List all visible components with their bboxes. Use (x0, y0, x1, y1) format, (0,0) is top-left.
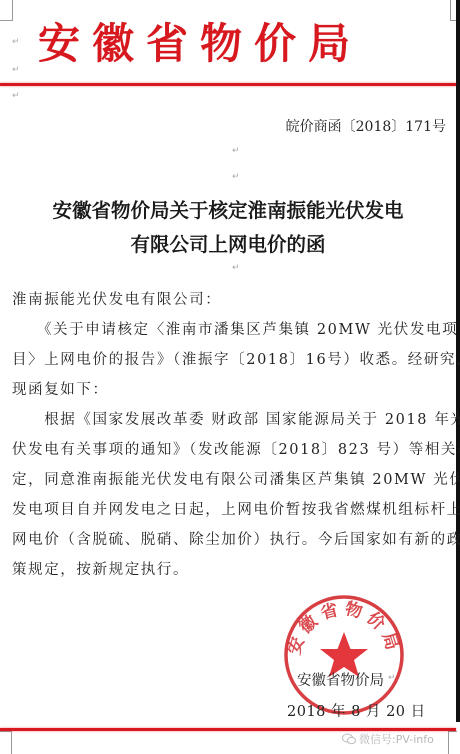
signing-date: 2018 年 8 月 20 日 (287, 700, 426, 721)
document-title-line-2: 有限公司上网电价的函 (0, 229, 456, 257)
watermark-text: 微信号:PV-info (359, 731, 434, 747)
body-line: 策规定，按新规定执行。 (12, 558, 456, 579)
wechat-icon (342, 733, 356, 745)
masthead-red-rule (0, 83, 456, 86)
body-line: 定，同意淮南振能光伏发电有限公司潘集区芦集镇 20MW 光伏 (12, 468, 456, 489)
paragraph-mark: ↵ (12, 92, 20, 101)
body-line: 网电价（含脱硫、脱硝、除尘加价）执行。今后国家如有新的政 (12, 528, 456, 549)
body-line: 目〉上网电价的报告》（淮振字〔2018〕16号）收悉。经研究， (12, 348, 456, 369)
seal-icon: 安徽省物价局 (283, 594, 405, 716)
official-seal: 安徽省物价局 (283, 594, 405, 716)
body-line: 发电项目自并网发电之日起，上网电价暂按我省燃煤机组标杆上 (12, 498, 456, 519)
signature: 安徽省物价局 (297, 669, 384, 690)
addressee: 淮南振能光伏发电有限公司： (12, 288, 456, 309)
page-corner-mark-top-left (0, 0, 13, 21)
paragraph-mark: ↵ (388, 674, 396, 683)
page-corner-mark-bottom-right (448, 731, 457, 754)
document-title-line-1: 安徽省物价局关于核定淮南振能光伏发电 (0, 195, 456, 223)
document-number: 皖价商函〔2018〕171号 (286, 116, 446, 136)
body-line: 现函复如下： (12, 378, 456, 399)
wechat-watermark: 微信号:PV-info (342, 731, 434, 747)
paragraph-mark: ↵ (12, 38, 20, 47)
body-line: 《关于申请核定〈淮南市潘集区芦集镇 20MW 光伏发电项 (12, 318, 456, 339)
paragraph-mark: ↵ (12, 66, 20, 75)
body-line: 伏发电有关事项的通知》（发改能源〔2018〕823 号）等相关规 (12, 438, 456, 459)
body-line: 根据《国家发展改革委 财政部 国家能源局关于 2018 年光 (12, 408, 456, 429)
paragraph-mark: ↵ (232, 173, 240, 182)
masthead-title: 安徽省物价局 (38, 20, 428, 68)
paragraph-mark: ↵ (232, 264, 240, 273)
page-corner-mark-bottom-left (0, 731, 12, 754)
document-page: ↵ ↵ ↵ ↵ ↵ ↵ 安徽省物价局 皖价商函〔2018〕171号 安徽省物价局… (0, 0, 460, 754)
paragraph-mark: ↵ (232, 147, 240, 156)
